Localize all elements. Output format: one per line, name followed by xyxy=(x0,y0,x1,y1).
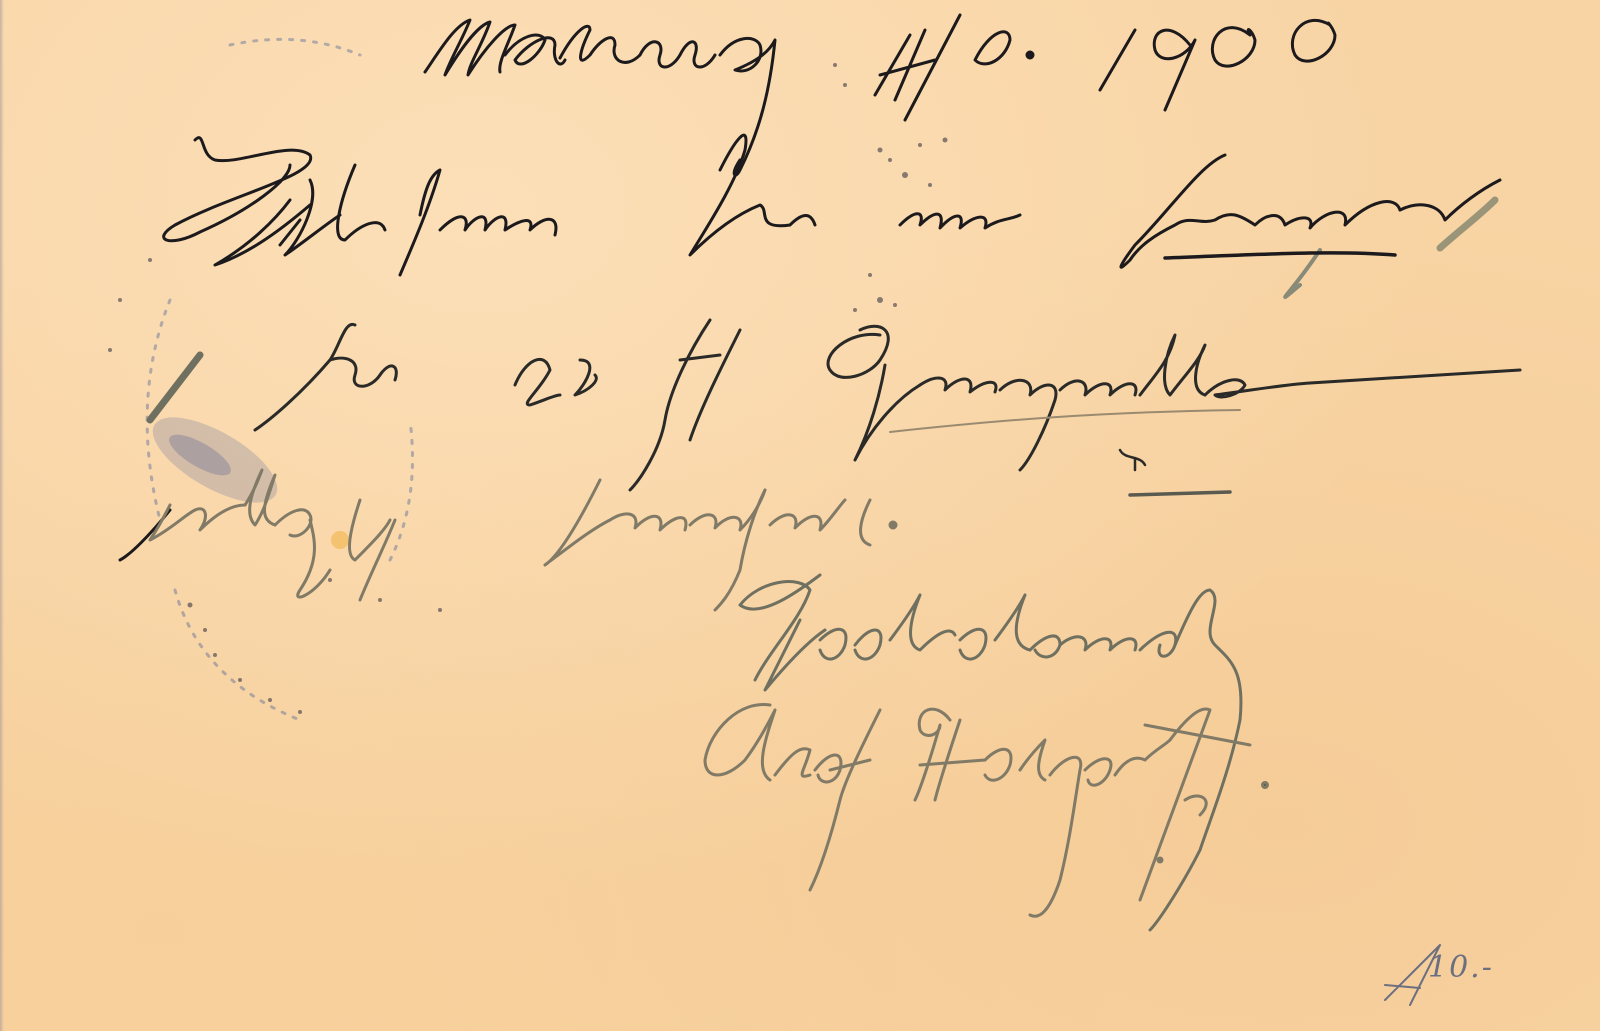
body-line-2: 1 Kiste 25 Fl Styriaquelle xyxy=(150,330,1054,412)
body-line-1: Bitte senden Sie mir prompt xyxy=(185,150,1222,234)
postcard: Marburg 4/10·1900 Bitte senden Sie mir p… xyxy=(0,0,1600,1031)
body-line-3: billigst berechnet. — xyxy=(125,480,823,557)
place-date: Marburg 4/10·1900 xyxy=(430,15,986,80)
pencil-note-text: 10.- xyxy=(1428,950,1494,985)
signature: Adolf Weigert xyxy=(700,700,1158,777)
closing-salutation: Hochachtend xyxy=(740,590,1145,660)
pencil-note: 10.- xyxy=(1428,950,1494,985)
